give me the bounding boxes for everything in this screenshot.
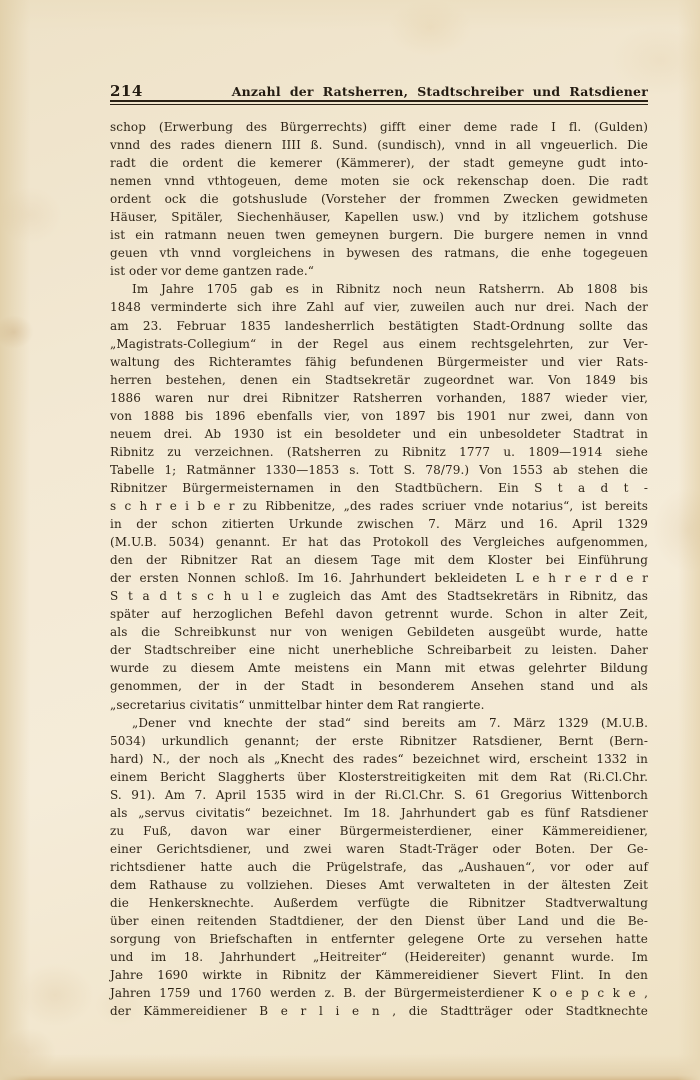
text-line: der Kämmereidiener B e r l i e n , die S… bbox=[110, 1002, 648, 1020]
text-line: „Dener vnd knechte der stad“ sind bereit… bbox=[110, 714, 648, 732]
text-line: und im 18. Jahrhundert „Heitreiter“ (Hei… bbox=[110, 948, 648, 966]
text-line: geuen vth vnnd vorgleichens in bywesen d… bbox=[110, 244, 648, 262]
header-rule-thick bbox=[110, 100, 648, 102]
text-line: dem Rathause zu vollziehen. Dieses Amt v… bbox=[110, 876, 648, 894]
running-title: Anzahl der Ratsherren, Stadtschreiber un… bbox=[232, 84, 648, 99]
text-line: vnnd des rades dienern IIII ß. Sund. (su… bbox=[110, 136, 648, 154]
page-number: 214 bbox=[110, 82, 143, 100]
text-line: am 23. Februar 1835 landesherrlich bestä… bbox=[110, 317, 648, 335]
page-body: schop (Erwerbung des Bürgerrechts) gifft… bbox=[110, 118, 648, 1020]
text-line: s c h r e i b e r zu Ribbenitze, „des ra… bbox=[110, 497, 648, 515]
text-line: in der schon zitierten Urkunde zwischen … bbox=[110, 515, 648, 533]
text-line: S. 91). Am 7. April 1535 wird in der Ri.… bbox=[110, 786, 648, 804]
text-line: wurde zu diesem Amte meistens ein Mann m… bbox=[110, 659, 648, 677]
text-line: 5034) urkundlich genannt; der erste Ribn… bbox=[110, 732, 648, 750]
text-line: von 1888 bis 1896 ebenfalls vier, von 18… bbox=[110, 407, 648, 425]
text-line: neuem drei. Ab 1930 ist ein besoldeter u… bbox=[110, 425, 648, 443]
text-line: den der Ribnitzer Rat an diesem Tage mit… bbox=[110, 551, 648, 569]
text-line: waltung des Richteramtes fähig befundene… bbox=[110, 353, 648, 371]
text-line: nemen vnnd vthtogeuen, deme moten sie oc… bbox=[110, 172, 648, 190]
text-line: richtsdiener hatte auch die Prügelstrafe… bbox=[110, 858, 648, 876]
text-line: S t a d t s c h u l e zugleich das Amt d… bbox=[110, 587, 648, 605]
text-line: Ribnitz zu verzeichnen. (Ratsherren zu R… bbox=[110, 443, 648, 461]
text-line: „Magistrats-Collegium“ in der Regel aus … bbox=[110, 335, 648, 353]
text-line: herren bestehen, denen ein Stadtsekretär… bbox=[110, 371, 648, 389]
text-line: über einen reitenden Stadtdiener, der de… bbox=[110, 912, 648, 930]
text-line: die Henkersknechte. Außerdem verfügte di… bbox=[110, 894, 648, 912]
text-line: ordent ock die gotshuslude (Vorsteher de… bbox=[110, 190, 648, 208]
text-line: (M.U.B. 5034) genannt. Er hat das Protok… bbox=[110, 533, 648, 551]
text-line: der Stadtschreiber eine nicht unerheblic… bbox=[110, 641, 648, 659]
text-line: 1848 verminderte sich ihre Zahl auf vier… bbox=[110, 298, 648, 316]
text-line: schop (Erwerbung des Bürgerrechts) gifft… bbox=[110, 118, 648, 136]
text-line: ist oder vor deme gantzen rade.“ bbox=[110, 262, 648, 280]
text-line: 1886 waren nur drei Ribnitzer Ratsherren… bbox=[110, 389, 648, 407]
scanned-book-page: 214 Anzahl der Ratsherren, Stadtschreibe… bbox=[0, 0, 700, 1080]
text-line: Häuser, Spitäler, Siechenhäuser, Kapelle… bbox=[110, 208, 648, 226]
text-line: als die Schreibkunst nur von wenigen Geb… bbox=[110, 623, 648, 641]
text-line: Jahren 1759 und 1760 werden z. B. der Bü… bbox=[110, 984, 648, 1002]
text-line: genommen, der in der Stadt in besonderem… bbox=[110, 677, 648, 695]
header-rule bbox=[110, 100, 648, 105]
text-line: einem Bericht Slaggherts über Klosterstr… bbox=[110, 768, 648, 786]
text-line: radt die ordent die kemerer (Kämmerer), … bbox=[110, 154, 648, 172]
text-line: Ribnitzer Bürgermeisternamen in den Stad… bbox=[110, 479, 648, 497]
text-line: später auf herzoglichen Befehl davon get… bbox=[110, 605, 648, 623]
text-line: Tabelle 1; Ratmänner 1330—1853 s. Tott S… bbox=[110, 461, 648, 479]
text-line: hard) N., der noch als „Knecht des rades… bbox=[110, 750, 648, 768]
text-line: ist ein ratmann neuen twen gemeynen burg… bbox=[110, 226, 648, 244]
header-rule-thin bbox=[110, 104, 648, 105]
text-line: Im Jahre 1705 gab es in Ribnitz noch neu… bbox=[110, 280, 648, 298]
page-header: 214 Anzahl der Ratsherren, Stadtschreibe… bbox=[110, 82, 648, 100]
text-line: Jahre 1690 wirkte in Ribnitz der Kämmere… bbox=[110, 966, 648, 984]
text-line: zu Fuß, davon war einer Bürgermeisterdie… bbox=[110, 822, 648, 840]
text-line: einer Gerichtsdiener, und zwei waren Sta… bbox=[110, 840, 648, 858]
text-line: sorgung von Briefschaften in entfernter … bbox=[110, 930, 648, 948]
text-line: als „servus civitatis“ bezeichnet. Im 18… bbox=[110, 804, 648, 822]
text-line: „secretarius civitatis“ unmittelbar hint… bbox=[110, 696, 648, 714]
text-line: der ersten Nonnen schloß. Im 16. Jahrhun… bbox=[110, 569, 648, 587]
